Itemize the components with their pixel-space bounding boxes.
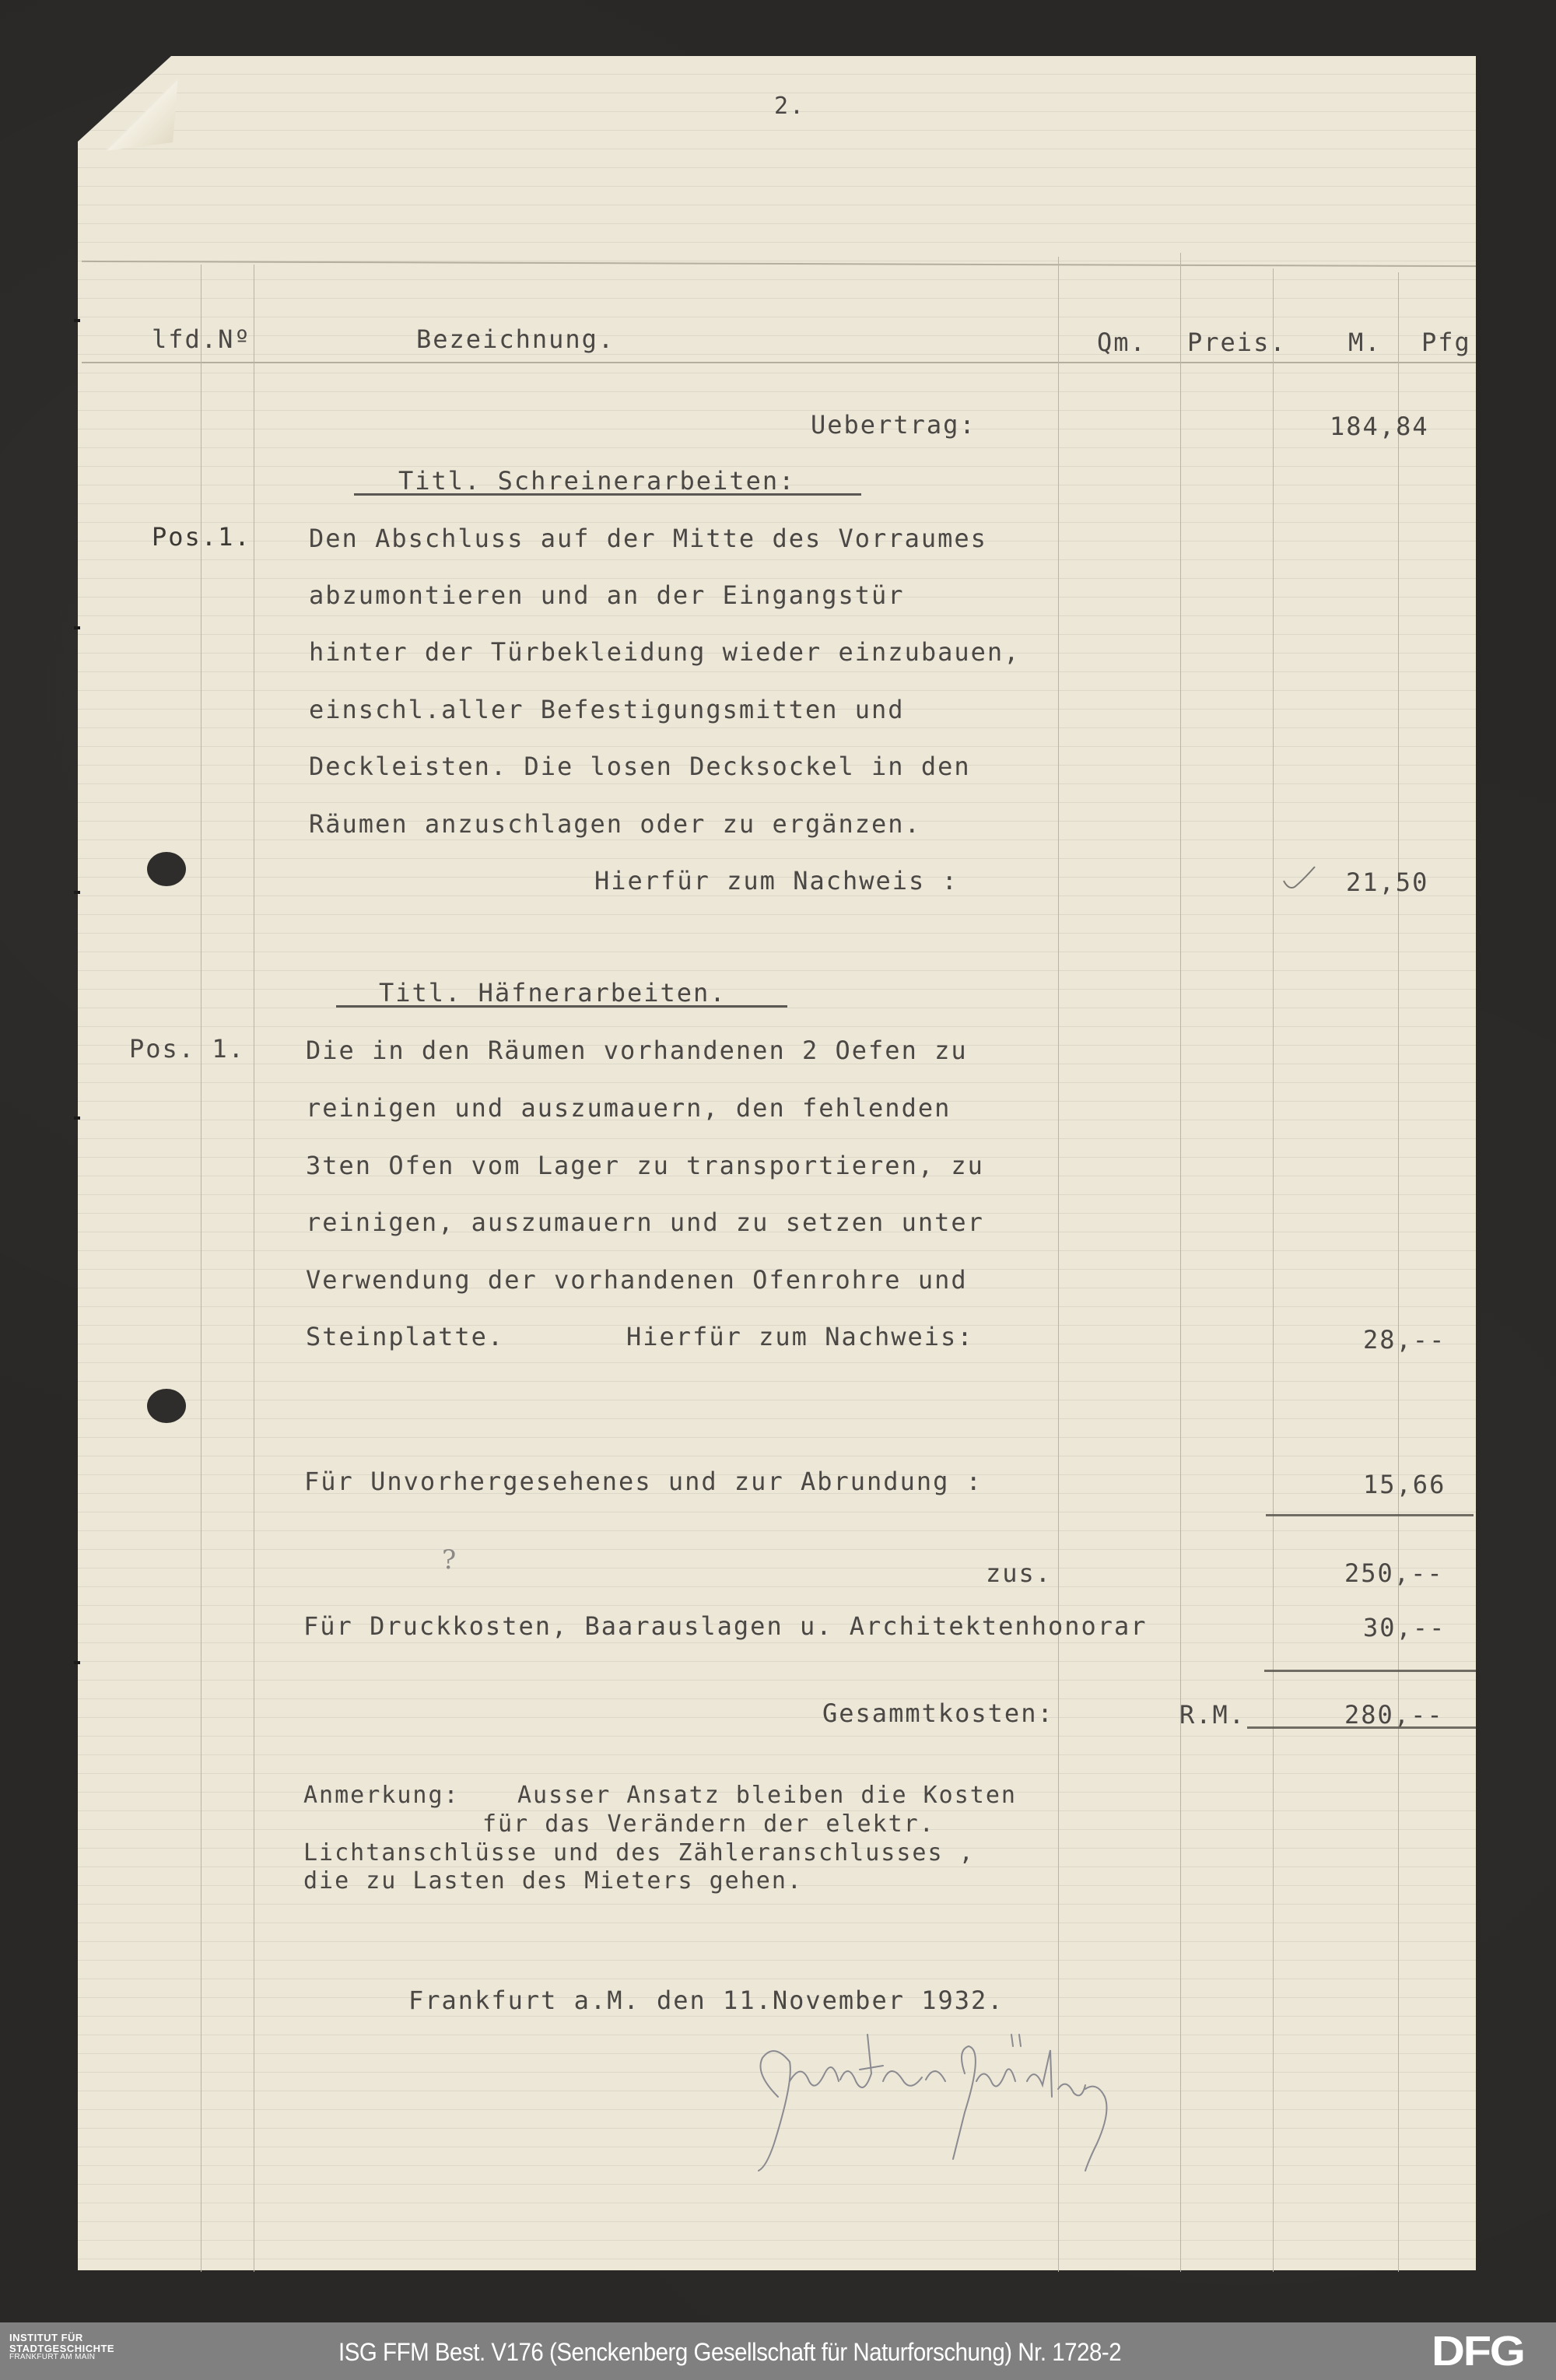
contingency-amount: 15,66 bbox=[1363, 1472, 1446, 1497]
position-label: Pos. 1. bbox=[129, 1036, 245, 1061]
section-amount: 28,-- bbox=[1363, 1327, 1446, 1352]
carry-over-label: Uebertrag: bbox=[811, 412, 976, 437]
institution-name-line1: INSTITUT FÜR bbox=[9, 2333, 114, 2343]
carry-over-amount: 184,84 bbox=[1330, 414, 1429, 439]
dfg-logo: DFG bbox=[1432, 2330, 1524, 2372]
description-line: reinigen, auszumauern und zu setzen unte… bbox=[306, 1210, 984, 1235]
sum-rule bbox=[1264, 1670, 1476, 1672]
section-title-underline bbox=[354, 493, 861, 496]
institution-logo: INSTITUT FÜR STADTGESCHICHTE FRANKFURT A… bbox=[9, 2333, 114, 2362]
description-line: hinter der Türbekleidung wieder einzubau… bbox=[309, 640, 1020, 664]
column-rule bbox=[1058, 257, 1059, 2272]
column-rule bbox=[254, 265, 254, 2272]
edge-mark bbox=[74, 1661, 80, 1664]
note-line: die zu Lasten des Mieters gehen. bbox=[303, 1870, 803, 1893]
header-pfg: Pfg bbox=[1421, 330, 1471, 355]
header-price: Preis. bbox=[1187, 330, 1287, 355]
institution-city: FRANKFURT AM MAIN bbox=[9, 2354, 114, 2362]
edge-mark bbox=[74, 319, 80, 322]
note-line: für das Verändern der elektr. bbox=[482, 1813, 935, 1836]
description-line: Deckleisten. Die losen Decksockel in den bbox=[309, 754, 971, 779]
total-amount: 280,-- bbox=[1344, 1702, 1444, 1727]
checkmark-icon bbox=[1282, 864, 1316, 892]
archive-caption: ISG FFM Best. V176 (Senckenberg Gesellsc… bbox=[338, 2338, 1121, 2367]
proof-label: Hierfür zum Nachweis : bbox=[594, 868, 958, 893]
description-line: abzumontieren und an der Eingangstür bbox=[309, 583, 905, 608]
subtotal-amount: 250,-- bbox=[1344, 1561, 1444, 1586]
section-amount: 21,50 bbox=[1346, 870, 1428, 895]
column-rule bbox=[1273, 268, 1274, 2272]
punch-hole bbox=[147, 852, 186, 886]
punch-hole bbox=[147, 1389, 186, 1423]
subtotal-label: zus. bbox=[986, 1561, 1052, 1586]
section-title-stove-work: Titl. Häfnerarbeiten. bbox=[379, 980, 727, 1005]
fees-label: Für Druckkosten, Baarauslagen u. Archite… bbox=[303, 1614, 1148, 1639]
edge-mark bbox=[74, 1116, 80, 1120]
header-m: M. bbox=[1348, 330, 1382, 355]
description-line: einschl.aller Befestigungsmitten und bbox=[309, 697, 905, 722]
header-qm: Qm. bbox=[1097, 330, 1147, 355]
pencil-question-mark: ? bbox=[442, 1544, 456, 1576]
description-line: reinigen und auszumauern, den fehlenden bbox=[306, 1095, 951, 1120]
description-line: 3ten Ofen vom Lager zu transportieren, z… bbox=[306, 1153, 984, 1178]
description-line: Steinplatte. bbox=[306, 1324, 504, 1349]
column-rule bbox=[201, 265, 202, 2272]
description-line: Räumen anzuschlagen oder zu ergänzen. bbox=[309, 811, 921, 836]
note-line: Ausser Ansatz bleiben die Kosten bbox=[517, 1784, 1017, 1807]
table-header-rule bbox=[82, 362, 1476, 363]
section-title-joinery: Titl. Schreinerarbeiten: bbox=[398, 468, 795, 493]
position-label: Pos.1. bbox=[152, 524, 251, 549]
archive-footer-bar: INSTITUT FÜR STADTGESCHICHTE FRANKFURT A… bbox=[0, 2322, 1556, 2380]
description-line: Verwendung der vorhandenen Ofenrohre und bbox=[306, 1267, 968, 1292]
section-title-underline bbox=[336, 1005, 787, 1008]
fees-amount: 30,-- bbox=[1363, 1615, 1446, 1640]
sum-rule bbox=[1266, 1514, 1474, 1516]
header-item-no: lfd.Nº bbox=[152, 327, 251, 352]
total-currency: R.M. bbox=[1179, 1702, 1246, 1727]
total-label: Gesammtkosten: bbox=[822, 1701, 1054, 1726]
note-label: Anmerkung: bbox=[303, 1784, 460, 1807]
total-underline bbox=[1247, 1726, 1476, 1729]
column-rule bbox=[1180, 253, 1181, 2272]
note-line: Lichtanschlüsse und des Zähleranschlusse… bbox=[303, 1842, 975, 1865]
description-line: Die in den Räumen vorhandenen 2 Oefen zu bbox=[306, 1038, 968, 1063]
contingency-label: Für Unvorhergesehenes und zur Abrundung … bbox=[304, 1469, 983, 1494]
description-line: Den Abschluss auf der Mitte des Vorraume… bbox=[309, 526, 987, 551]
handwritten-signature bbox=[731, 1988, 1167, 2190]
institution-name-line2: STADTGESCHICHTE bbox=[9, 2343, 114, 2354]
edge-mark bbox=[74, 891, 80, 894]
page-number: 2. bbox=[774, 95, 805, 118]
proof-label: Hierfür zum Nachweis: bbox=[626, 1324, 974, 1349]
header-description: Bezeichnung. bbox=[416, 327, 615, 352]
column-rule bbox=[1398, 272, 1399, 2272]
edge-mark bbox=[74, 626, 80, 629]
